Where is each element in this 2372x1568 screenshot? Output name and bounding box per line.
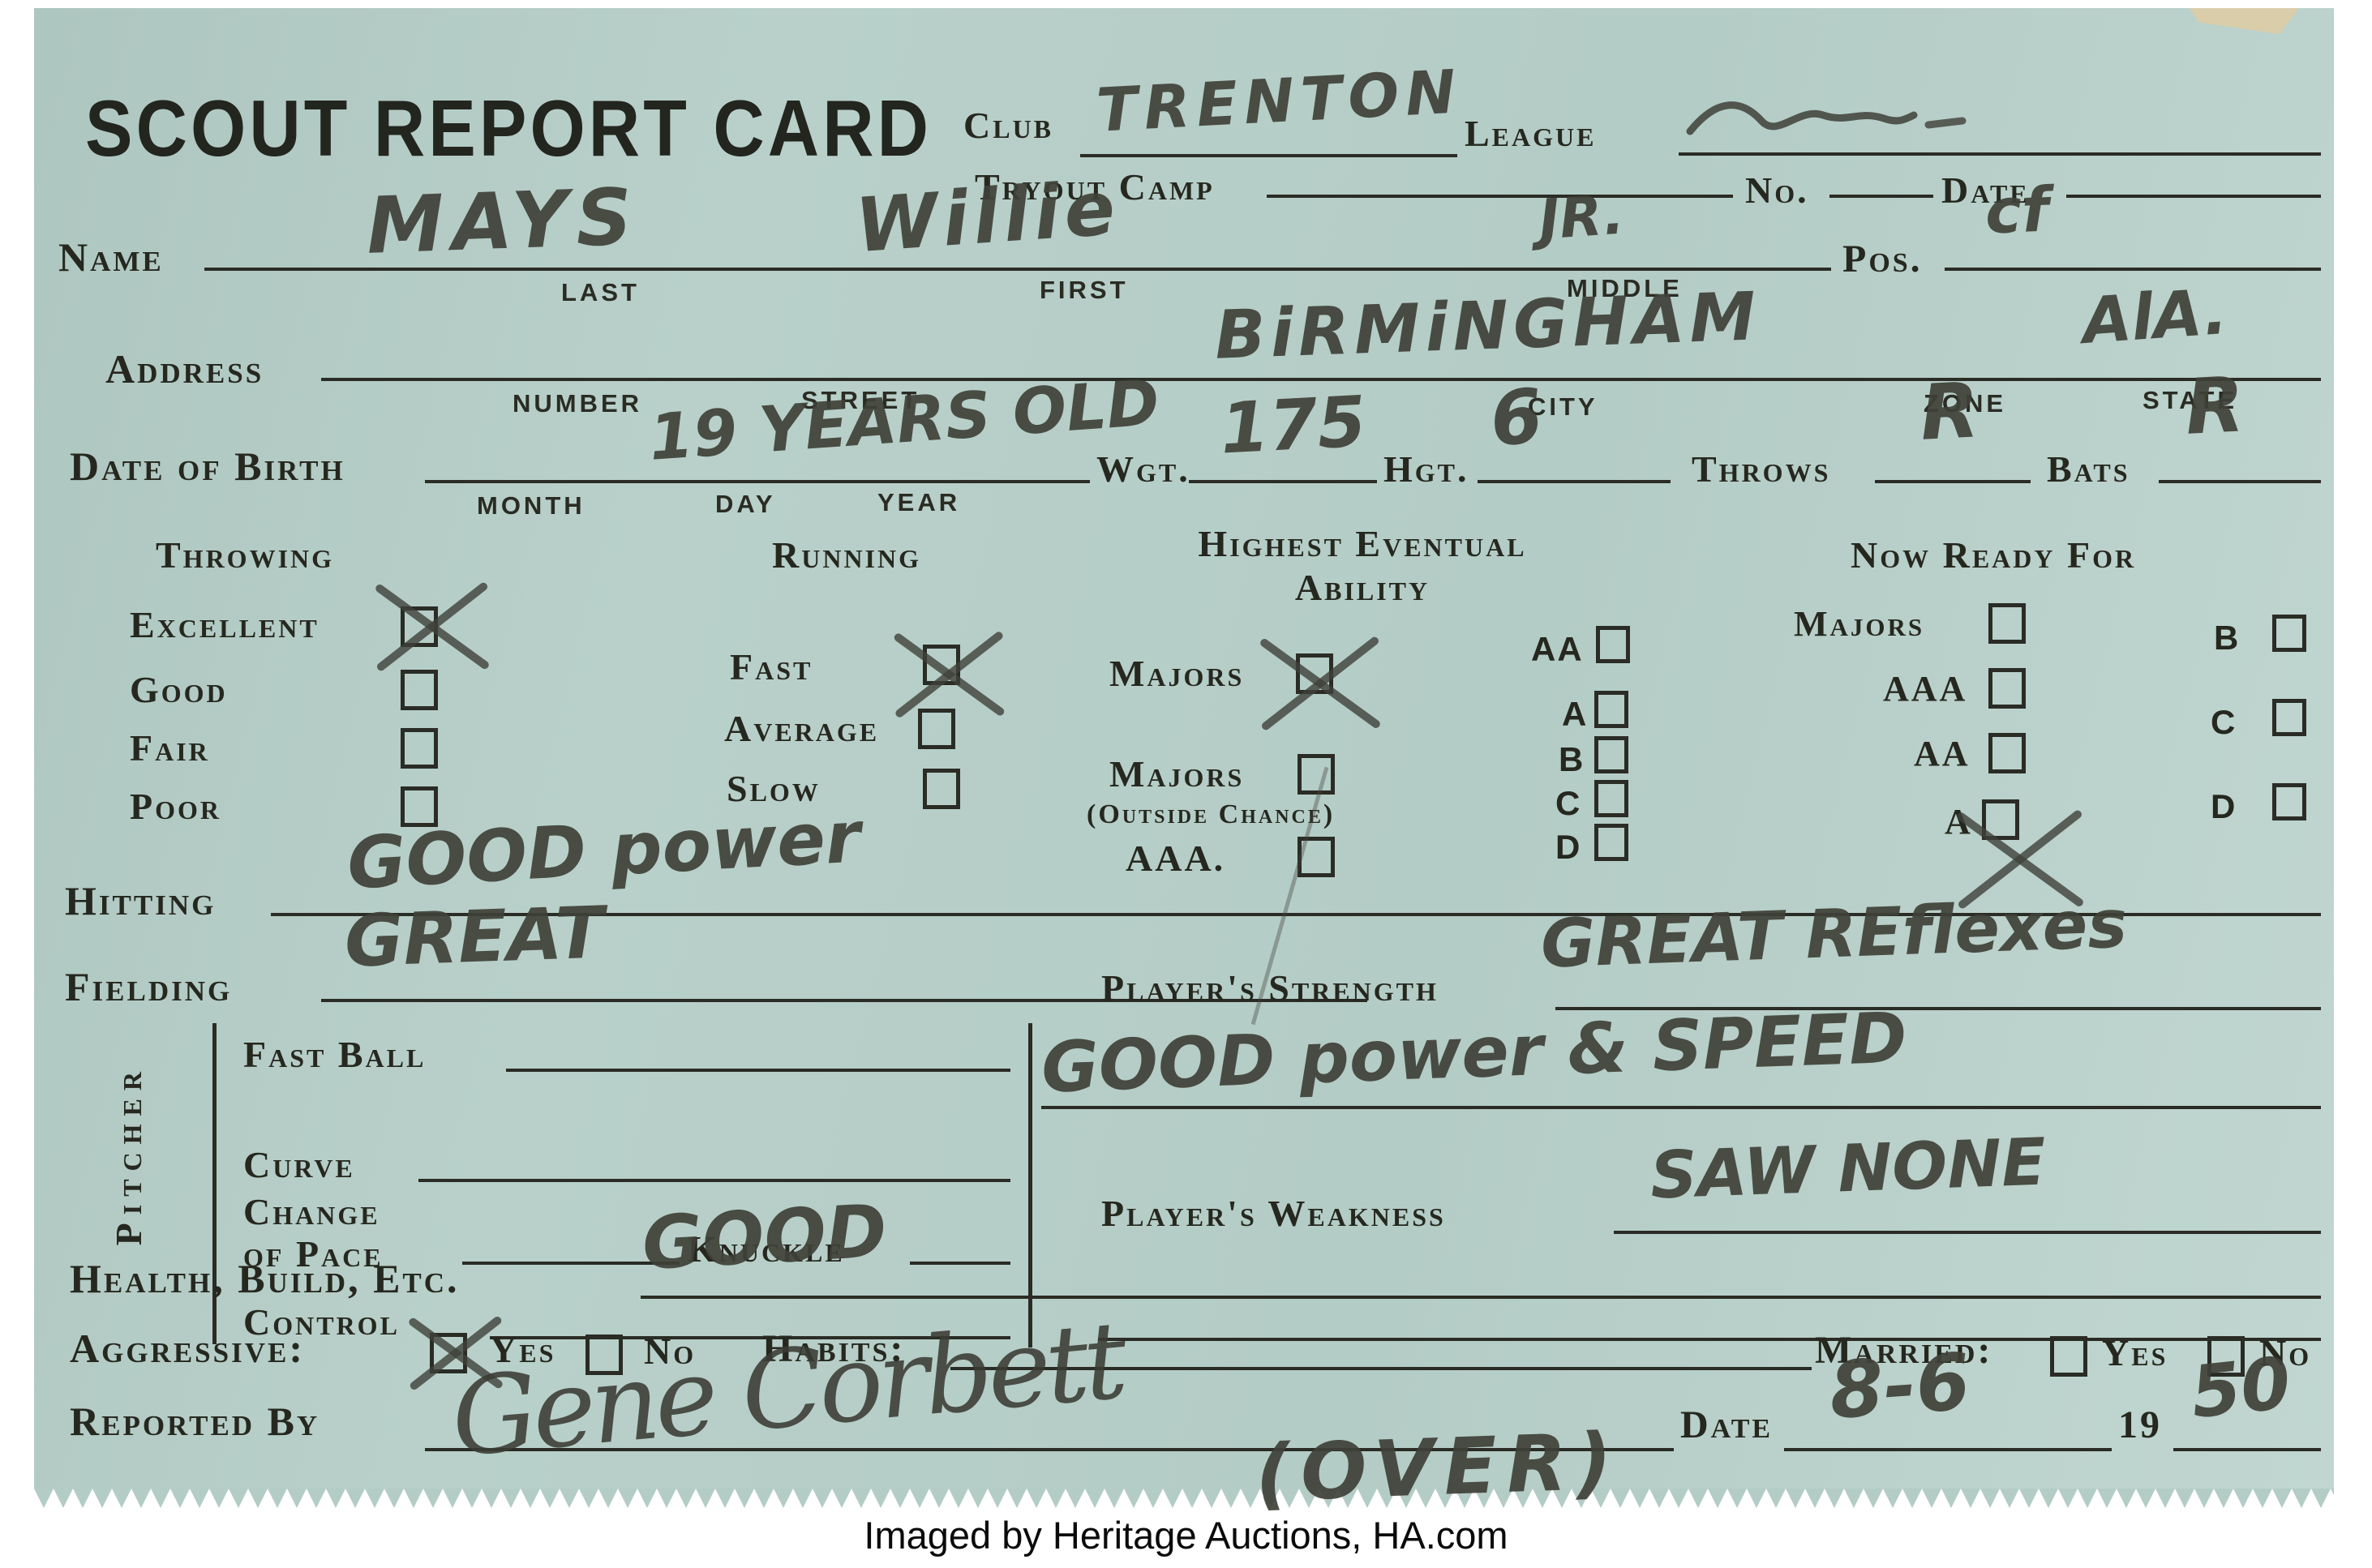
curve-label: Curve [243,1146,355,1184]
footer-credit: Imaged by Heritage Auctions, HA.com [0,1516,2372,1554]
bats-line [2159,480,2321,483]
ability-outside-chance-note: (Outside Chance) [1087,801,1335,829]
wgt-line [1189,480,1377,483]
throwing-title: Throwing [156,537,334,574]
ability-grade-aa: AA [1531,632,1584,666]
report-date-label: Date [1680,1406,1773,1445]
ability-majors-outside-checkbox [1298,754,1335,795]
ready-grade-c: C [2211,705,2237,739]
ready-grade-d-checkbox [2272,783,2306,820]
wgt-label: Wgt. [1096,451,1190,488]
club-value-handwriting: TRENTON [1095,62,1464,141]
throwing-excellent-xmark [363,559,501,685]
knuckle-line [910,1262,1010,1265]
pos-label: Pos. [1842,240,1923,279]
ready-aaa-checkbox [1988,668,2026,709]
year-line [2173,1448,2321,1451]
fielding-label: Fielding [65,966,232,1007]
page-title: SCOUT REPORT CARD [85,89,932,169]
bats-value-handwriting: R [2184,367,2246,447]
ready-grade-b: B [2214,621,2240,655]
report-date-line [1784,1448,2112,1451]
fast-ball-label: Fast Ball [243,1036,426,1073]
throws-line [1875,480,2031,483]
change-of-pace-label-line1: Change [243,1193,380,1231]
weakness-value-handwriting: SAW NONE [1649,1130,2047,1209]
running-option-fast: Fast [730,649,813,686]
name-first-handwriting: Willie [853,171,1122,264]
pitcher-section-label: Pitcher [110,1064,148,1245]
married-yes-label: Yes [2102,1335,2168,1372]
throwing-good-checkbox [401,670,438,710]
ready-option-aa: AA [1914,736,1971,772]
ability-grade-c: C [1555,786,1581,820]
ability-grade-b-checkbox [1594,736,1628,773]
league-label: League [1465,115,1596,152]
address-label: Address [105,349,264,389]
ability-option-majors: Majors [1109,655,1244,692]
no-line [1829,195,1933,198]
over-note-handwriting: (OVER) [1254,1422,1623,1513]
tryout-camp-line [1267,195,1733,198]
running-option-average: Average [724,710,879,748]
weakness-line [1614,1231,2321,1234]
running-slow-checkbox [923,769,960,809]
player-strength-label: Player's Strength [1101,970,1439,1007]
ready-title: Now Ready For [1851,537,2136,574]
hgt-value-handwriting: 6 [1487,379,1546,457]
fast-ball-line [506,1069,1010,1072]
throwing-fair-checkbox [401,728,438,769]
no-label: No. [1745,172,1809,209]
name-label: Name [58,237,164,277]
hitting-label: Hitting [65,880,216,921]
strength-value-line1-handwriting: GREAT REflexes [1540,891,2129,978]
birth-line [425,480,1090,483]
ability-grade-a: A [1562,697,1588,731]
bats-label: Bats [2047,451,2130,488]
address-city-handwriting: BiRMiNGHAM [1214,284,1762,369]
ready-option-majors: Majors [1794,606,1924,642]
throws-value-handwriting: R [1919,373,1981,452]
ready-grade-b-checkbox [2272,615,2306,652]
player-weakness-label: Player's Weakness [1101,1195,1446,1232]
ability-grade-aa-checkbox [1596,626,1630,663]
address-line [321,378,2321,381]
throwing-option-good: Good [130,671,228,709]
health-value-handwriting: GOOD [641,1195,889,1281]
sub-label-day: DAY [715,491,776,516]
ability-title-line1: Highest Eventual [1135,525,1589,563]
reported-by-label: Reported By [70,1401,320,1442]
health-label: Health, Build, Etc. [70,1258,460,1299]
sub-label-year: YEAR [877,490,960,515]
birth-label: Date of Birth [70,446,345,486]
ability-grade-d-checkbox [1594,824,1628,861]
wgt-value-handwriting: 175 [1219,387,1368,464]
ability-grade-c-checkbox [1594,780,1628,817]
running-title: Running [772,537,921,574]
pos-value-handwriting: cf [1984,179,2050,243]
ability-option-aaa: AAA. [1126,840,1225,877]
header-date-line [2066,195,2321,198]
ready-aa-checkbox [1988,733,2026,773]
club-line [1080,154,1457,157]
name-last-handwriting: MAYS [365,178,641,265]
pos-line [1945,268,2321,271]
club-label: Club [963,107,1053,144]
ability-majors-xmark [1247,615,1393,744]
throws-label: Throws [1692,451,1830,488]
year-prefix-label: 19 [2118,1406,2162,1445]
address-state-handwriting: AlA. [2080,281,2229,353]
throwing-option-excellent: Excellent [130,606,320,644]
sub-label-month: MONTH [477,493,585,518]
hgt-label: Hgt. [1383,451,1469,488]
card-perforated-edge [34,1489,2334,1510]
ability-title-line2: Ability [1135,569,1589,606]
name-middle-handwriting: JR. [1538,187,1626,248]
ready-majors-checkbox [1988,603,2026,644]
ability-grade-a-checkbox [1594,691,1628,728]
league-line [1679,152,2321,156]
ability-grade-d: D [1555,830,1581,864]
curve-line [418,1179,1010,1182]
strength-line2 [1041,1106,2321,1109]
sub-label-number: NUMBER [513,391,642,416]
center-divider-rule [1028,1023,1032,1347]
ability-grade-b: B [1559,743,1585,777]
report-date-value-handwriting: 8-6 [1827,1343,1973,1430]
health-line [641,1296,2321,1299]
sub-label-first: FIRST [1040,277,1129,302]
league-value-scribble [1685,91,2001,149]
year-value-handwriting: 50 [2188,1347,2294,1429]
aggressive-label: Aggressive: [70,1328,305,1369]
ability-option-majors-outside: Majors [1109,756,1244,793]
sub-label-last: LAST [561,280,640,305]
married-yes-checkbox [2050,1336,2087,1377]
fielding-value-handwriting: GREAT [344,897,606,977]
ready-option-aaa: AAA [1883,671,1967,707]
throwing-option-poor: Poor [130,788,221,825]
ready-grade-d: D [2211,790,2237,824]
ready-grade-c-checkbox [2272,699,2306,736]
throwing-option-fair: Fair [130,730,210,767]
hgt-line [1478,480,1671,483]
running-average-checkbox [918,709,955,749]
